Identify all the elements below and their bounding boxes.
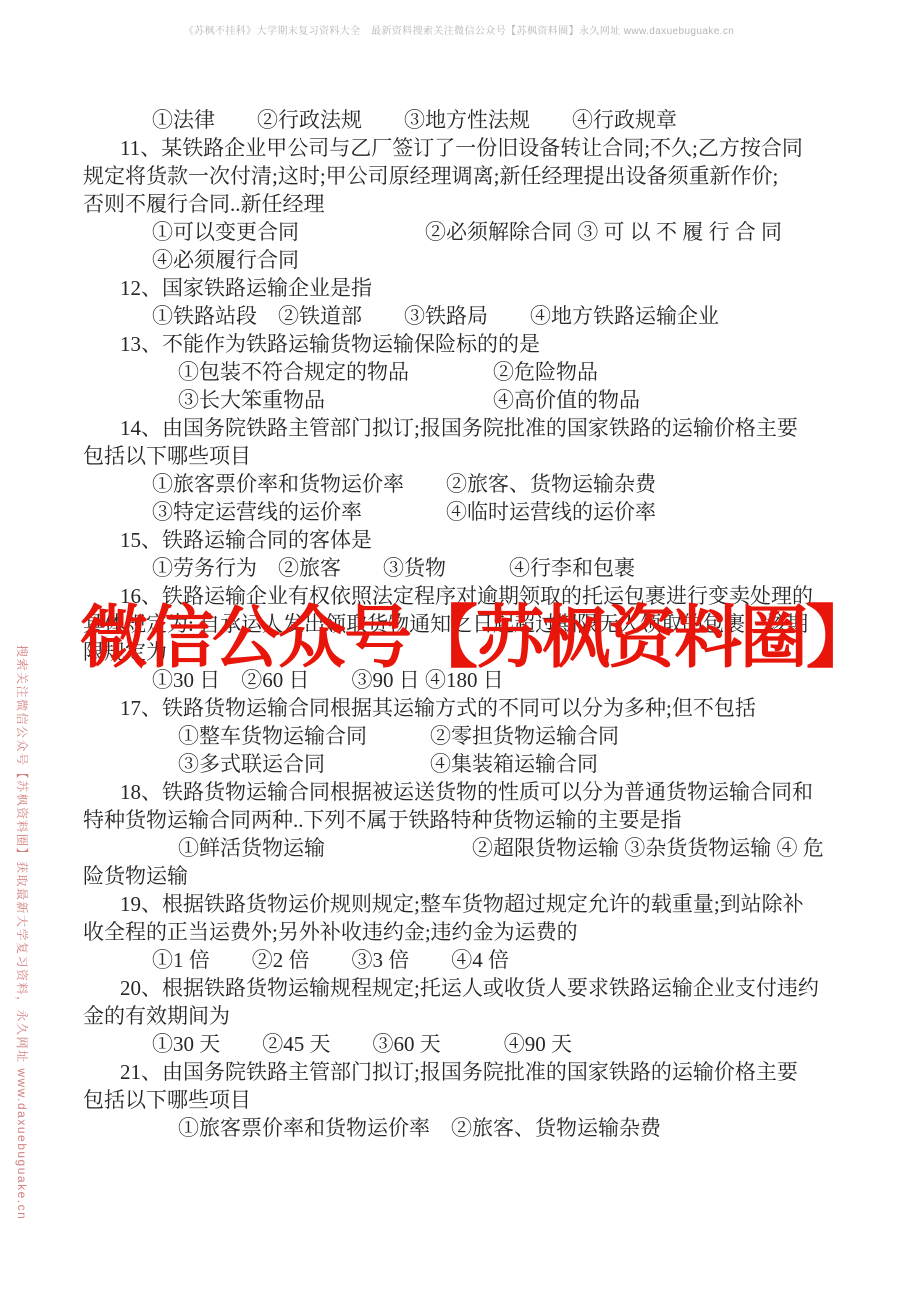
text-line: ①1 倍 ②2 倍 ③3 倍 ④4 倍 (83, 946, 839, 974)
text-line: ④必须履行合同 (83, 246, 839, 274)
text-line: 包括以下哪些项目 (83, 1086, 839, 1114)
text-line: ①铁路站段 ②铁道部 ③铁路局 ④地方铁路运输企业 (83, 302, 839, 330)
page-header-note: 《苏枫不挂科》大学期末复习资料大全 最新资料搜索关注微信公众号【苏枫资料圈】永久… (0, 22, 918, 37)
text-line: ①旅客票价率和货物运价率 ②旅客、货物运输杂费 (83, 470, 839, 498)
text-line: ①鲜活货物运输 ②超限货物运输 ③杂货货物运输 ④ 危 (83, 834, 839, 862)
text-line: 18、铁路货物运输合同根据被运送货物的性质可以分为普通货物运输合同和 (83, 778, 839, 806)
text-line: ①劳务行为 ②旅客 ③货物 ④行李和包裹 (83, 554, 839, 582)
text-line: 13、不能作为铁路运输货物运输保险标的的是 (83, 330, 839, 358)
text-line: 19、根据铁路货物运价规则规定;整车货物超过规定允许的载重量;到站除补 (83, 890, 839, 918)
text-line: ③多式联运合同 ④集装箱运输合同 (83, 750, 839, 778)
text-line: ①30 天 ②45 天 ③60 天 ④90 天 (83, 1030, 839, 1058)
text-line: 收全程的正当运费外;另外补收违约金;违约金为运费的 (83, 918, 839, 946)
watermark-overlay: 微信公众号【苏枫资料圈】 (80, 604, 872, 672)
text-line: 14、由国务院铁路主管部门拟订;报国务院批准的国家铁路的运输价格主要 (83, 414, 839, 442)
text-line: 21、由国务院铁路主管部门拟订;报国务院批准的国家铁路的运输价格主要 (83, 1058, 839, 1086)
text-line: 15、铁路运输合同的客体是 (83, 526, 839, 554)
text-line: 12、国家铁路运输企业是指 (83, 274, 839, 302)
text-line: ①整车货物运输合同 ②零担货物运输合同 (83, 722, 839, 750)
text-line: 金的有效期间为 (83, 1002, 839, 1030)
text-line: 特种货物运输合同两种..下列不属于铁路特种货物运输的主要是指 (83, 806, 839, 834)
text-line: 规定将货款一次付清;这时;甲公司原经理调离;新任经理提出设备须重新作价; (83, 162, 839, 190)
side-watermark-text: 搜索关注微信公众号【苏枫资料圈】获取最新大学复习资料，永久网址 www.daxu… (14, 645, 31, 1220)
text-line: 17、铁路货物运输合同根据其运输方式的不同可以分为多种;但不包括 (83, 694, 839, 722)
text-line: ①法律 ②行政法规 ③地方性法规 ④行政规章 (83, 106, 839, 134)
text-line: ①可以变更合同 ②必须解除合同 ③ 可 以 不 履 行 合 同 (83, 218, 839, 246)
text-line: 险货物运输 (83, 862, 839, 890)
text-line: 20、根据铁路货物运输规程规定;托运人或收货人要求铁路运输企业支付违约 (83, 974, 839, 1002)
text-line: ③特定运营线的运价率 ④临时运营线的运价率 (83, 498, 839, 526)
text-line: ①包装不符合规定的物品 ②危险物品 (83, 358, 839, 386)
text-line: 11、某铁路企业甲公司与乙厂签订了一份旧设备转让合同;不久;乙方按合同 (83, 134, 839, 162)
text-line: 包括以下哪些项目 (83, 442, 839, 470)
document-page: 《苏枫不挂科》大学期末复习资料大全 最新资料搜索关注微信公众号【苏枫资料圈】永久… (0, 0, 918, 1298)
text-line: 否则不履行合同..新任经理 (83, 190, 839, 218)
text-line: ①旅客票价率和货物运价率 ②旅客、货物运输杂费 (83, 1114, 839, 1142)
text-line: ③长大笨重物品 ④高价值的物品 (83, 386, 839, 414)
